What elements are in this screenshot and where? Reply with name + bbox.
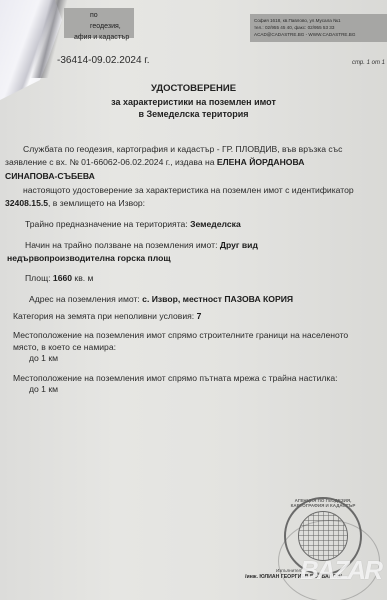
title-subtitle-1: за характеристики на поземлен имот [0, 96, 387, 108]
road-location-value: до 1 км [29, 384, 58, 394]
land-area-text: , в землището на Извор: [48, 198, 145, 208]
category-label: Категория на земята при неполивни услови… [13, 311, 197, 321]
request-text: заявление с вх. № 01-66062-06.02.2024 г.… [5, 157, 217, 167]
area-line: Площ: 1660 кв. м [25, 273, 93, 283]
applicant-name-2: СИНАПОВА-СЪБЕВА [5, 171, 95, 181]
area-label: Площ: [25, 273, 53, 283]
purpose-line: Трайно предназначение на територията: Зе… [25, 219, 241, 229]
title-subtitle-2: в Земеделска територия [0, 108, 387, 120]
area-unit: кв. м [72, 273, 93, 283]
agency-line-2: афия и кадастър [68, 32, 130, 43]
road-location-label: Местоположение на поземления имот спрямо… [13, 373, 338, 383]
address-line: Адрес на поземления имот: с. Извор, мест… [29, 294, 293, 304]
address-label: Адрес на поземления имот: [29, 294, 142, 304]
purpose-value: Земеделска [190, 219, 241, 229]
cert-line-1: настоящото удостоверение за характеристи… [23, 185, 354, 195]
page-number: стр. 1 от 1 [352, 60, 385, 66]
agency-line-1: по геодезия, [68, 10, 130, 32]
usage-value-1: Друг вид [220, 240, 258, 250]
area-value: 1660 [53, 273, 72, 283]
document-title: УДОСТОВЕРЕНИЕ за характеристики на позем… [0, 82, 387, 120]
stamp-text: АГЕНЦИЯ ПО ГЕОДЕЗИЯ, КАРТОГРАФИЯ И КАДАС… [286, 498, 360, 508]
contact-address: София 1618, кв.Павлово, ул.Мусала №1 [254, 17, 383, 24]
usage-line-2: недървопроизводителна горска площ [7, 253, 171, 263]
category-line: Категория на земята при неполивни услови… [13, 311, 201, 321]
intro-line-2: заявление с вх. № 01-66062-06.02.2024 г.… [5, 157, 304, 167]
document-number: -36414-09.02.2024 г. [57, 55, 150, 66]
title-main: УДОСТОВЕРЕНИЕ [0, 82, 387, 96]
category-value: 7 [197, 311, 202, 321]
agency-contact-block: София 1618, кв.Павлово, ул.Мусала №1 тел… [250, 14, 387, 42]
agency-header: по геодезия, афия и кадастър [64, 8, 134, 38]
signer-role: Изпълнител: [276, 568, 302, 573]
settlement-location-line-1: Местоположение на поземления имот спрямо… [13, 330, 348, 340]
contact-phone: тел.: 02/955 45 40, факс: 02/955 53 33 [254, 24, 383, 31]
intro-line-1: Службата по геодезия, картография и када… [23, 144, 342, 154]
settlement-location-value: до 1 км [29, 353, 58, 363]
contact-web: ACAD@CADASTRE.BG - WWW.CADASTRE.BG [254, 31, 383, 38]
usage-label: Начин на трайно ползване на поземления и… [25, 240, 220, 250]
settlement-location-line-2: място, в което се намира: [13, 342, 116, 352]
usage-value-2: недървопроизводителна горска площ [7, 253, 171, 263]
applicant-name-1: ЕЛЕНА ЙОРДАНОВА [217, 157, 305, 167]
globe-emblem-icon [298, 511, 348, 561]
address-value: с. Извор, местност ПАЗОВА КОРИЯ [142, 294, 293, 304]
property-identifier: 32408.15.5 [5, 198, 48, 208]
intro-line-3: СИНАПОВА-СЪБЕВА [5, 171, 95, 181]
document-page: по геодезия, афия и кадастър София 1618,… [0, 0, 387, 600]
purpose-label: Трайно предназначение на територията: [25, 219, 190, 229]
cert-line-2: 32408.15.5, в землището на Извор: [5, 198, 145, 208]
watermark-logo: BAZAR [300, 555, 381, 586]
usage-line: Начин на трайно ползване на поземления и… [25, 240, 258, 250]
